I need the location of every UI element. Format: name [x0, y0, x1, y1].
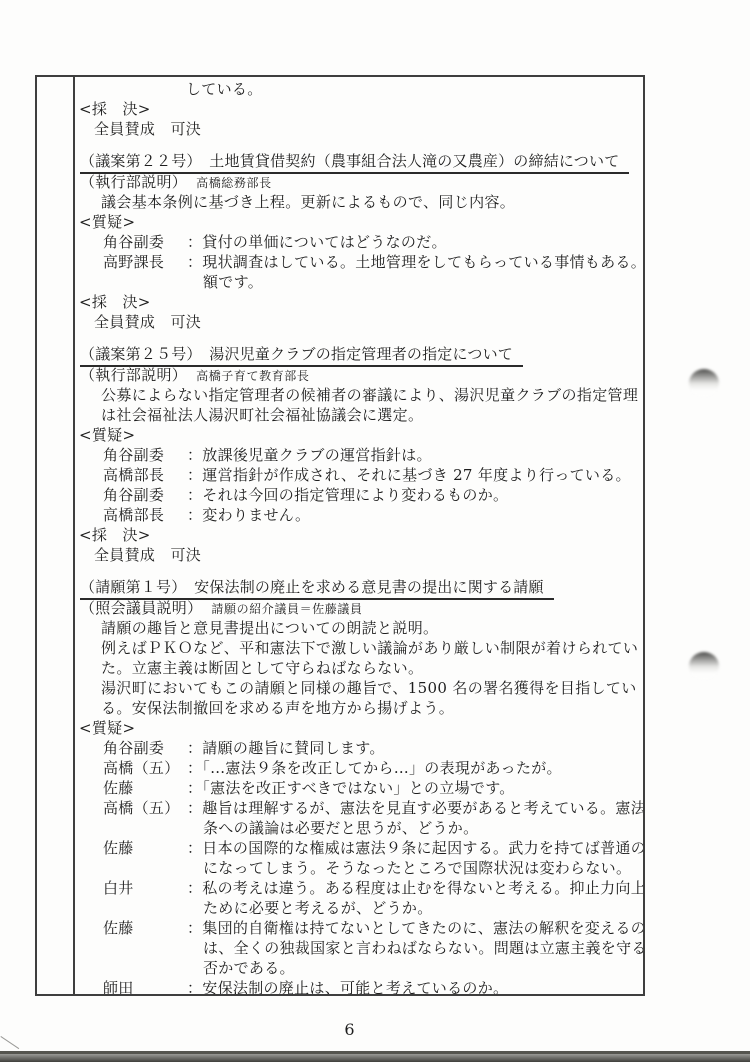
qa-continuation-line: 否かである。 [79, 958, 641, 978]
qa-continuation-line: 額です。 [79, 272, 641, 292]
qa-text: ：「憲法を改正すべきではない」との立場です。 [187, 779, 515, 797]
agenda-title-text: （議案第２２号） 土地賃貸借契約（農事組合法人滝の又農産）の締結について [80, 152, 629, 174]
speaker-name: 角谷副委 [103, 232, 187, 252]
explainer-line: （執行部説明）高橋総務部長 [79, 172, 641, 192]
agenda-title-text: （議案第２５号） 湯沢児童クラブの指定管理者の指定について [80, 345, 523, 367]
section-label-line: <質疑> [79, 212, 641, 232]
minutes-frame: している。<採 決>全員賛成 可決（議案第２２号） 土地賃貸借契約（農事組合法人… [35, 75, 645, 996]
scan-scratch-mark [0, 1036, 19, 1049]
speaker-name: 角谷副委 [103, 485, 187, 505]
speaker-name: 高橋（五） [103, 758, 187, 778]
section-label-line: <質疑> [79, 718, 641, 738]
punch-hole-shadow-top [689, 369, 719, 397]
qa-continuation-line: 条への議論は必要だと思うが、どうか。 [79, 818, 641, 838]
qa-line: 角谷副委：請願の趣旨に賛同します。 [79, 738, 641, 758]
qa-continuation-line: ために必要と考えるが、どうか。 [79, 898, 641, 918]
continuation-line: している。 [79, 79, 641, 99]
qa-line: 佐藤：集団的自衛権は持てないとしてきたのに、憲法の解釈を変えるの [79, 918, 641, 938]
qa-line: 高橋（五）：「…憲法９条を改正してから…」の表現があったが。 [79, 758, 641, 778]
qa-text: ：それは今回の指定管理により変わるものか。 [187, 486, 508, 504]
qa-text: ：「…憲法９条を改正してから…」の表現があったが。 [187, 759, 562, 777]
vote-result-line: 全員賛成 可決 [79, 119, 641, 139]
qa-line: 高橋部長：変わりません。 [79, 505, 641, 525]
explainer-line: （照会議員説明）請願の紹介議員＝佐藤議員 [79, 598, 641, 618]
qa-line: 角谷副委：それは今回の指定管理により変わるものか。 [79, 485, 641, 505]
page-number: 6 [35, 1020, 665, 1039]
body-text-line: は社会福祉法人湯沢町社会福祉協議会に選定。 [79, 405, 641, 425]
qa-continuation-line: になってしまう。そうなったところで国際状況は変わらない。 [79, 858, 641, 878]
qa-text: ：私の考えは違う。ある程度は止むを得ないと考える。抑止力向上の [187, 879, 643, 897]
explainer-label: （照会議員説明） [80, 599, 202, 617]
scan-bottom-edge-band [0, 1054, 750, 1062]
body-text-line: 例えばＰＫＯなど、平和憲法下で激しい議論があり厳しい制限が着けられてい [79, 638, 641, 658]
qa-line: 佐藤：日本の国際的な権威は憲法９条に起因する。武力を持てば普通の国 [79, 838, 641, 858]
speaker-name: 高野課長 [103, 252, 187, 272]
body-text-line: る。安保法制撤回を求める声を地方から揚げよう。 [79, 698, 641, 718]
qa-text: ：集団的自衛権は持てないとしてきたのに、憲法の解釈を変えるの [187, 919, 643, 937]
spacer-line [79, 332, 641, 344]
qa-line: 角谷副委：貸付の単価についてはどうなのだ。 [79, 232, 641, 252]
qa-line: 佐藤：「憲法を改正すべきではない」との立場です。 [79, 778, 641, 798]
qa-line: 角谷副委：放課後児童クラブの運営指針は。 [79, 445, 641, 465]
section-label-line: <採 決> [79, 525, 641, 545]
agenda-title-line: （議案第２２号） 土地賃貸借契約（農事組合法人滝の又農産）の締結について [79, 151, 641, 172]
left-margin-column [37, 77, 75, 994]
explainer-line: （執行部説明）高橋子育て教育部長 [79, 365, 641, 385]
body-text-line: 公募によらない指定管理者の候補者の審議により、湯沢児童クラブの指定管理 [79, 385, 641, 405]
qa-text: ：安保法制の廃止は、可能と考えているのか。 [187, 979, 508, 994]
qa-line: 白井：私の考えは違う。ある程度は止むを得ないと考える。抑止力向上の [79, 878, 641, 898]
speaker-name: 角谷副委 [103, 445, 187, 465]
vote-result-line: 全員賛成 可決 [79, 312, 641, 332]
qa-continuation-line: は、全くの独裁国家と言わねばならない。問題は立憲主義を守るか [79, 938, 641, 958]
qa-text: ：趣旨は理解するが、憲法を見直す必要があると考えている。憲法９ [187, 799, 643, 817]
explainer-name: 高橋総務部長 [196, 176, 272, 190]
body-text-line: 請願の趣旨と意見書提出についての朗読と説明。 [79, 618, 641, 638]
qa-text: ：請願の趣旨に賛同します。 [187, 739, 385, 757]
agenda-title-line: （議案第２５号） 湯沢児童クラブの指定管理者の指定について [79, 344, 641, 365]
speaker-name: 高橋部長 [103, 505, 187, 525]
spacer-line [79, 139, 641, 151]
speaker-name: 佐藤 [103, 918, 187, 938]
qa-text: ：変わりません。 [187, 506, 310, 524]
qa-line: 師田：安保法制の廃止は、可能と考えているのか。 [79, 978, 641, 994]
qa-text: ：運営指針が作成され、それに基づき 27 年度より行っている。 [187, 466, 631, 484]
qa-line: 高橋部長：運営指針が作成され、それに基づき 27 年度より行っている。 [79, 465, 641, 485]
body-text-line: 湯沢町においてもこの請願と同様の趣旨で、1500 名の署名獲得を目指してい [79, 678, 641, 698]
qa-text: ：日本の国際的な権威は憲法９条に起因する。武力を持てば普通の国 [187, 839, 643, 857]
scanned-minutes-page: している。<採 決>全員賛成 可決（議案第２２号） 土地賃貸借契約（農事組合法人… [0, 0, 750, 1062]
explainer-label: （執行部説明） [80, 173, 187, 191]
explainer-name: 請願の紹介議員＝佐藤議員 [211, 602, 362, 616]
speaker-name: 高橋（五） [103, 798, 187, 818]
speaker-name: 白井 [103, 878, 187, 898]
section-label-line: <質疑> [79, 425, 641, 445]
qa-line: 高橋（五）：趣旨は理解するが、憲法を見直す必要があると考えている。憲法９ [79, 798, 641, 818]
speaker-name: 師田 [103, 978, 187, 994]
vote-result-line: 全員賛成 可決 [79, 545, 641, 565]
agenda-title-text: （請願第１号） 安保法制の廃止を求める意見書の提出に関する請願 [80, 578, 554, 600]
qa-text: ：現状調査はしている。土地管理をしてもらっている事情もある。同 [187, 253, 643, 271]
qa-line: 高野課長：現状調査はしている。土地管理をしてもらっている事情もある。同 [79, 252, 641, 272]
speaker-name: 佐藤 [103, 778, 187, 798]
section-label-line: <採 決> [79, 99, 641, 119]
speaker-name: 佐藤 [103, 838, 187, 858]
speaker-name: 角谷副委 [103, 738, 187, 758]
qa-text: ：放課後児童クラブの運営指針は。 [187, 446, 432, 464]
agenda-title-line: （請願第１号） 安保法制の廃止を求める意見書の提出に関する請願 [79, 577, 641, 598]
body-text-line: 議会基本条例に基づき上程。更新によるもので、同じ内容。 [79, 192, 641, 212]
explainer-name: 高橋子育て教育部長 [196, 369, 309, 383]
qa-text: ：貸付の単価についてはどうなのだ。 [187, 233, 447, 251]
punch-hole-shadow-bottom [689, 652, 719, 680]
explainer-label: （執行部説明） [80, 366, 187, 384]
minutes-content: している。<採 決>全員賛成 可決（議案第２２号） 土地賃貸借契約（農事組合法人… [75, 77, 643, 994]
spacer-line [79, 565, 641, 577]
speaker-name: 高橋部長 [103, 465, 187, 485]
body-text-line: た。立憲主義は断固として守らねばならない。 [79, 658, 641, 678]
section-label-line: <採 決> [79, 292, 641, 312]
